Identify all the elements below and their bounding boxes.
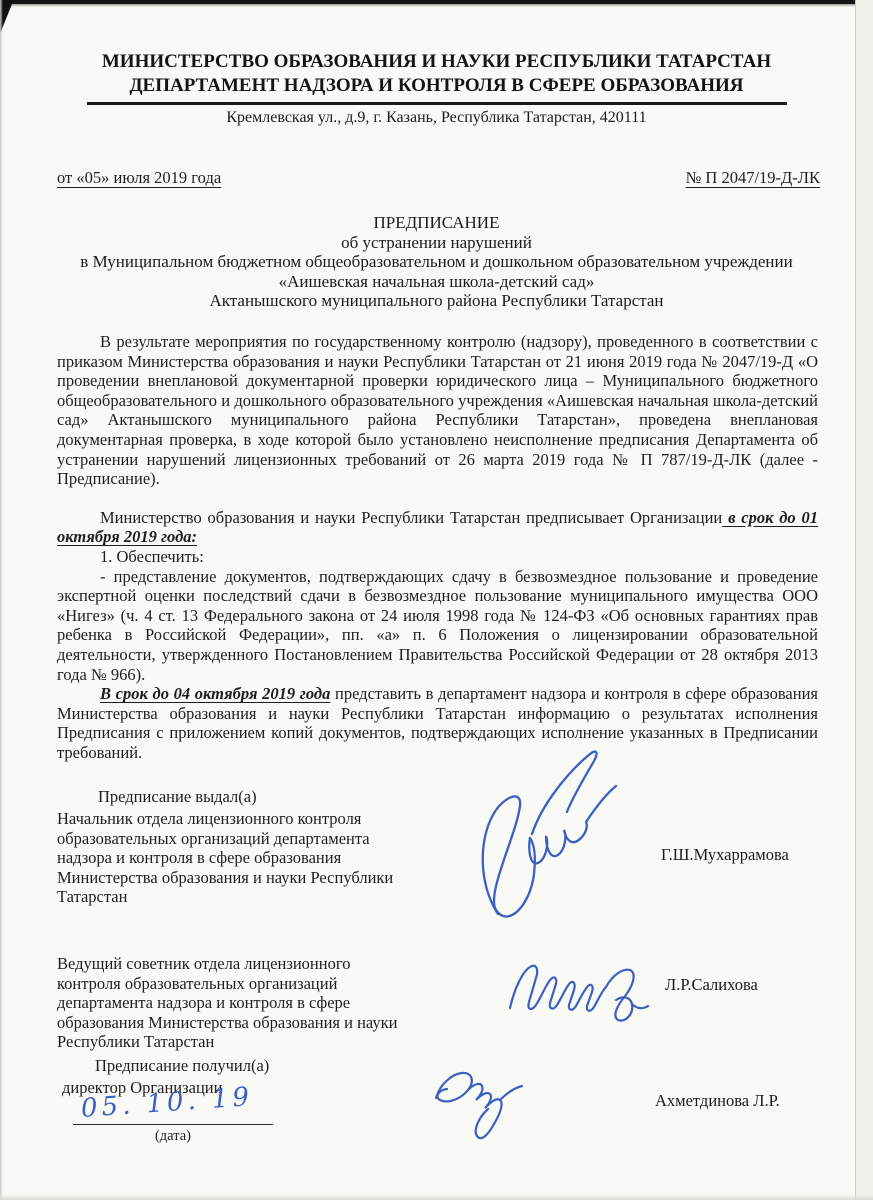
ministry-name: МИНИСТЕРСТВО ОБРАЗОВАНИЯ И НАУКИ РЕСПУБЛ… <box>0 50 873 74</box>
officer2-name: Л.Р.Салихова <box>665 975 758 995</box>
body-paragraph-3: - представление документов, подтверждающ… <box>57 567 818 685</box>
signature-1-icon <box>468 746 623 934</box>
body-paragraph-4: В срок до 04 октября 2019 года представи… <box>57 684 818 762</box>
received-by-role: директор Организации <box>62 1078 222 1098</box>
title-line-5: Актанышского муниципального района Респу… <box>40 291 833 311</box>
received-date-line <box>73 1096 273 1125</box>
document-title-block: ПРЕДПИСАНИЕ об устранении нарушений в Му… <box>40 213 833 311</box>
letterhead-rule <box>87 102 787 105</box>
officer1-signature <box>468 746 623 934</box>
body-paragraph-2-lead: Министерство образования и науки Республ… <box>100 508 722 527</box>
officer1-role: Начальник отдела лицензионного контроля … <box>57 809 417 907</box>
document-meta-row: от «05» июля 2019 года № П 2047/19-Д-ЛК <box>57 168 820 188</box>
deadline-2-emphasis: В срок до 04 октября 2019 года <box>100 684 330 703</box>
scan-edge-left <box>0 0 3 1200</box>
document-number: № П 2047/19-Д-ЛК <box>686 168 820 188</box>
received-by-label: Предписание получил(а) <box>95 1056 269 1076</box>
address-line: Кремлевская ул., д.9, г. Казань, Республ… <box>0 108 873 128</box>
received-date-caption: (дата) <box>73 1128 273 1145</box>
scan-edge-bottom <box>0 1194 873 1200</box>
signature-3-icon <box>424 1064 536 1146</box>
received-signature <box>424 1064 536 1146</box>
title-line-2: об устранении нарушений <box>40 233 833 253</box>
officer2-role: Ведущий советник отдела лицензионного ко… <box>57 954 417 1052</box>
body-paragraph-2: Министерство образования и науки Республ… <box>57 508 818 547</box>
body-paragraph-1: В результате мероприятия по государствен… <box>57 332 818 489</box>
received-date-handwritten: 05. 10. 19 <box>61 1081 273 1126</box>
received-name: Ахметдинова Л.Р. <box>655 1091 780 1111</box>
signature-2-icon <box>504 960 652 1026</box>
scan-edge-top-shadow <box>0 4 873 7</box>
document-date: от «05» июля 2019 года <box>57 168 221 188</box>
body-list-item-1: 1. Обеспечить: <box>57 547 818 567</box>
officer2-signature <box>504 960 652 1026</box>
title-line-1: ПРЕДПИСАНИЕ <box>40 213 833 233</box>
issued-by-label: Предписание выдал(а) <box>98 787 257 807</box>
department-name: ДЕПАРТАМЕНТ НАДЗОРА И КОНТРОЛЯ В СФЕРЕ О… <box>0 74 873 98</box>
document-body: В результате мероприятия по государствен… <box>57 332 818 762</box>
scan-edge-right <box>855 0 873 1200</box>
title-line-4: «Аишевская начальная школа-детский сад» <box>40 272 833 292</box>
scanned-document-page: МИНИСТЕРСТВО ОБРАЗОВАНИЯ И НАУКИ РЕСПУБЛ… <box>0 0 873 1200</box>
title-line-3: в Муниципальном бюджетном общеобразовате… <box>40 252 833 272</box>
officer1-name: Г.Ш.Мухаррамова <box>661 845 789 865</box>
letterhead: МИНИСТЕРСТВО ОБРАЗОВАНИЯ И НАУКИ РЕСПУБЛ… <box>0 50 873 128</box>
